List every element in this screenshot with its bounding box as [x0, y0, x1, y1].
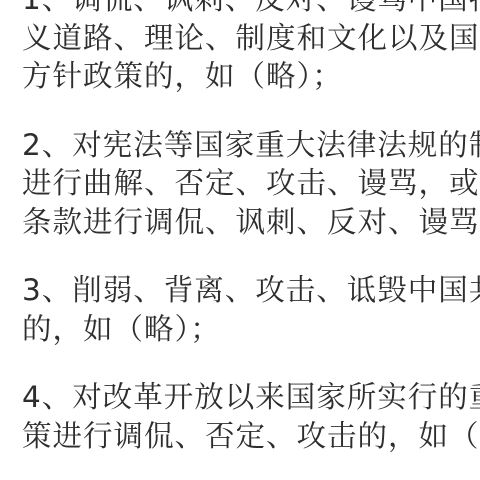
- text-line: 进行曲解、否定、攻击、谩骂，或对其中具体: [22, 164, 462, 203]
- paragraph-item-2: 2、对宪法等国家重大法律法规的制定、修订 进行曲解、否定、攻击、谩骂，或对其中具…: [22, 126, 462, 242]
- text-line: 3、削弱、背离、攻击、诋毁中国共产党领导: [22, 271, 462, 310]
- text-line: 方针政策的，如（略）；: [22, 57, 462, 96]
- text-line: 的，如（略）；: [22, 310, 462, 349]
- text-line: 4、对改革开放以来国家所实行的重大方针政: [22, 378, 462, 417]
- text-line: 义道路、理论、制度和文化以及国家既定重大: [22, 19, 462, 58]
- document-body: 1、调侃、讽刺、反对、谩骂中国特色社会主 义道路、理论、制度和文化以及国家既定重…: [22, 0, 462, 480]
- text-line: 策进行调侃、否定、攻击的，如（略）；: [22, 417, 462, 456]
- paragraph-item-1: 1、调侃、讽刺、反对、谩骂中国特色社会主 义道路、理论、制度和文化以及国家既定重…: [22, 0, 462, 96]
- paragraph-item-3: 3、削弱、背离、攻击、诋毁中国共产党领导 的，如（略）；: [22, 271, 462, 348]
- text-line: 1、调侃、讽刺、反对、谩骂中国特色社会主: [22, 0, 462, 19]
- text-line: 条款进行调侃、讽刺、反对、谩骂的；: [22, 203, 462, 242]
- paragraph-item-4: 4、对改革开放以来国家所实行的重大方针政 策进行调侃、否定、攻击的，如（略）；: [22, 378, 462, 455]
- text-line: 2、对宪法等国家重大法律法规的制定、修订: [22, 126, 462, 165]
